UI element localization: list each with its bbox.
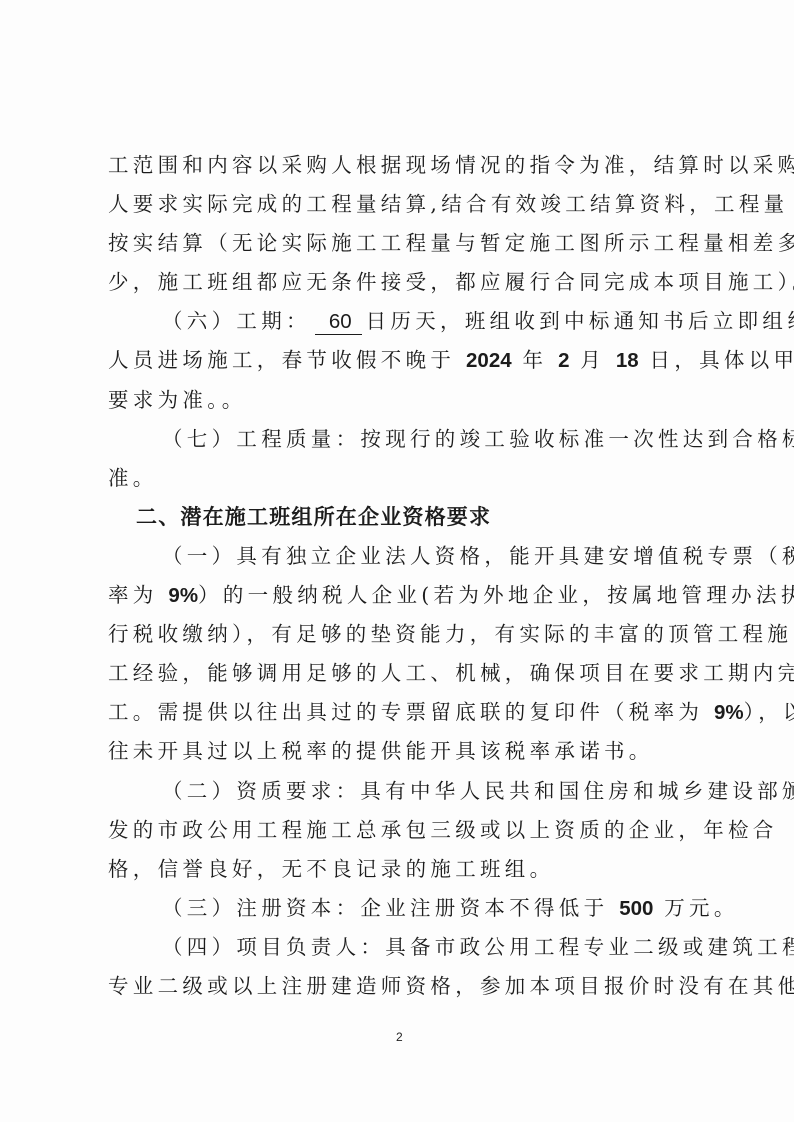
requirement-1-line: （一）具有独立企业法人资格，能开具建安增值税专票（税 xyxy=(108,537,694,576)
text: 年 xyxy=(512,348,558,372)
page-number: 2 xyxy=(396,1030,403,1044)
construction-days-field: 60 xyxy=(315,310,362,335)
requirement-1-line: 往未开具过以上税率的提供能开具该税率承诺书。 xyxy=(108,732,694,771)
requirement-2-line: 发的市政公用工程施工总承包三级或以上资质的企业，年检合 xyxy=(108,811,694,850)
year-value: 2024 xyxy=(466,349,512,372)
document-page: 工范围和内容以采购人根据现场情况的指令为准，结算时以采购 人要求实际完成的工程量… xyxy=(0,0,794,1122)
text: 人员进场施工，春节收假不晚于 xyxy=(108,348,466,372)
text: 月 xyxy=(569,348,615,372)
text: 工。需提供以往出具过的专票留底联的复印件（税率为 xyxy=(108,700,714,724)
section-7-line-2: 准。 xyxy=(108,459,694,498)
text: ），以 xyxy=(744,700,794,724)
section-6-text: 日历天，班组收到中标通知书后立即组织 xyxy=(366,309,794,333)
section-6-line-2: 人员进场施工，春节收假不晚于 2024 年 2 月 18 日，具体以甲方 xyxy=(108,341,694,380)
paragraph-line: 工范围和内容以采购人根据现场情况的指令为准，结算时以采购 xyxy=(108,146,694,185)
requirement-3-line: （三）注册资本：企业注册资本不得低于 500 万元。 xyxy=(108,889,694,928)
day-value: 18 xyxy=(616,349,639,372)
text: 万元。 xyxy=(653,896,738,920)
paragraph-line: 按实结算（无论实际施工工程量与暂定施工图所示工程量相差多 xyxy=(108,224,694,263)
month-value: 2 xyxy=(558,349,569,372)
section-7-line-1: （七）工程质量：按现行的竣工验收标准一次性达到合格标 xyxy=(108,420,694,459)
section-heading: 二、潜在施工班组所在企业资格要求 xyxy=(108,498,694,537)
text: ）的一般纳税人企业(若为外地企业，按属地管理办法执 xyxy=(198,583,794,607)
requirement-4-line: 专业二级或以上注册建造师资格，参加本项目报价时没有在其他 xyxy=(108,967,694,1006)
requirement-1-line: 率为 9%）的一般纳税人企业(若为外地企业，按属地管理办法执 xyxy=(108,576,694,615)
document-body: 工范围和内容以采购人根据现场情况的指令为准，结算时以采购 人要求实际完成的工程量… xyxy=(108,146,694,1006)
requirement-1-line: 工经验，能够调用足够的人工、机械，确保项目在要求工期内完 xyxy=(108,654,694,693)
requirement-1-line: 工。需提供以往出具过的专票留底联的复印件（税率为 9%），以 xyxy=(108,693,694,732)
tax-rate-value: 9% xyxy=(714,701,744,724)
text: 日，具体以甲方 xyxy=(639,348,794,372)
section-6-label: （六）工期： xyxy=(162,309,311,333)
requirement-1-line: 行税收缴纳），有足够的垫资能力，有实际的丰富的顶管工程施 xyxy=(108,615,694,654)
paragraph-line: 人要求实际完成的工程量结算,结合有效竣工结算资料，工程量 xyxy=(108,185,694,224)
requirement-4-line: （四）项目负责人：具备市政公用工程专业二级或建筑工程 xyxy=(108,928,694,967)
tax-rate-value: 9% xyxy=(168,584,198,607)
requirement-2-line: （二）资质要求：具有中华人民共和国住房和城乡建设部颁 xyxy=(108,772,694,811)
paragraph-line: 少，施工班组都应无条件接受，都应履行合同完成本项目施工）。 xyxy=(108,263,694,302)
text: 率为 xyxy=(108,583,168,607)
section-6-line-1: （六）工期：60日历天，班组收到中标通知书后立即组织 xyxy=(108,302,694,341)
registered-capital-value: 500 xyxy=(619,897,653,920)
requirement-2-line: 格，信誉良好，无不良记录的施工班组。 xyxy=(108,850,694,889)
text: （三）注册资本：企业注册资本不得低于 xyxy=(162,896,619,920)
section-6-line-3: 要求为准。。 xyxy=(108,381,694,420)
